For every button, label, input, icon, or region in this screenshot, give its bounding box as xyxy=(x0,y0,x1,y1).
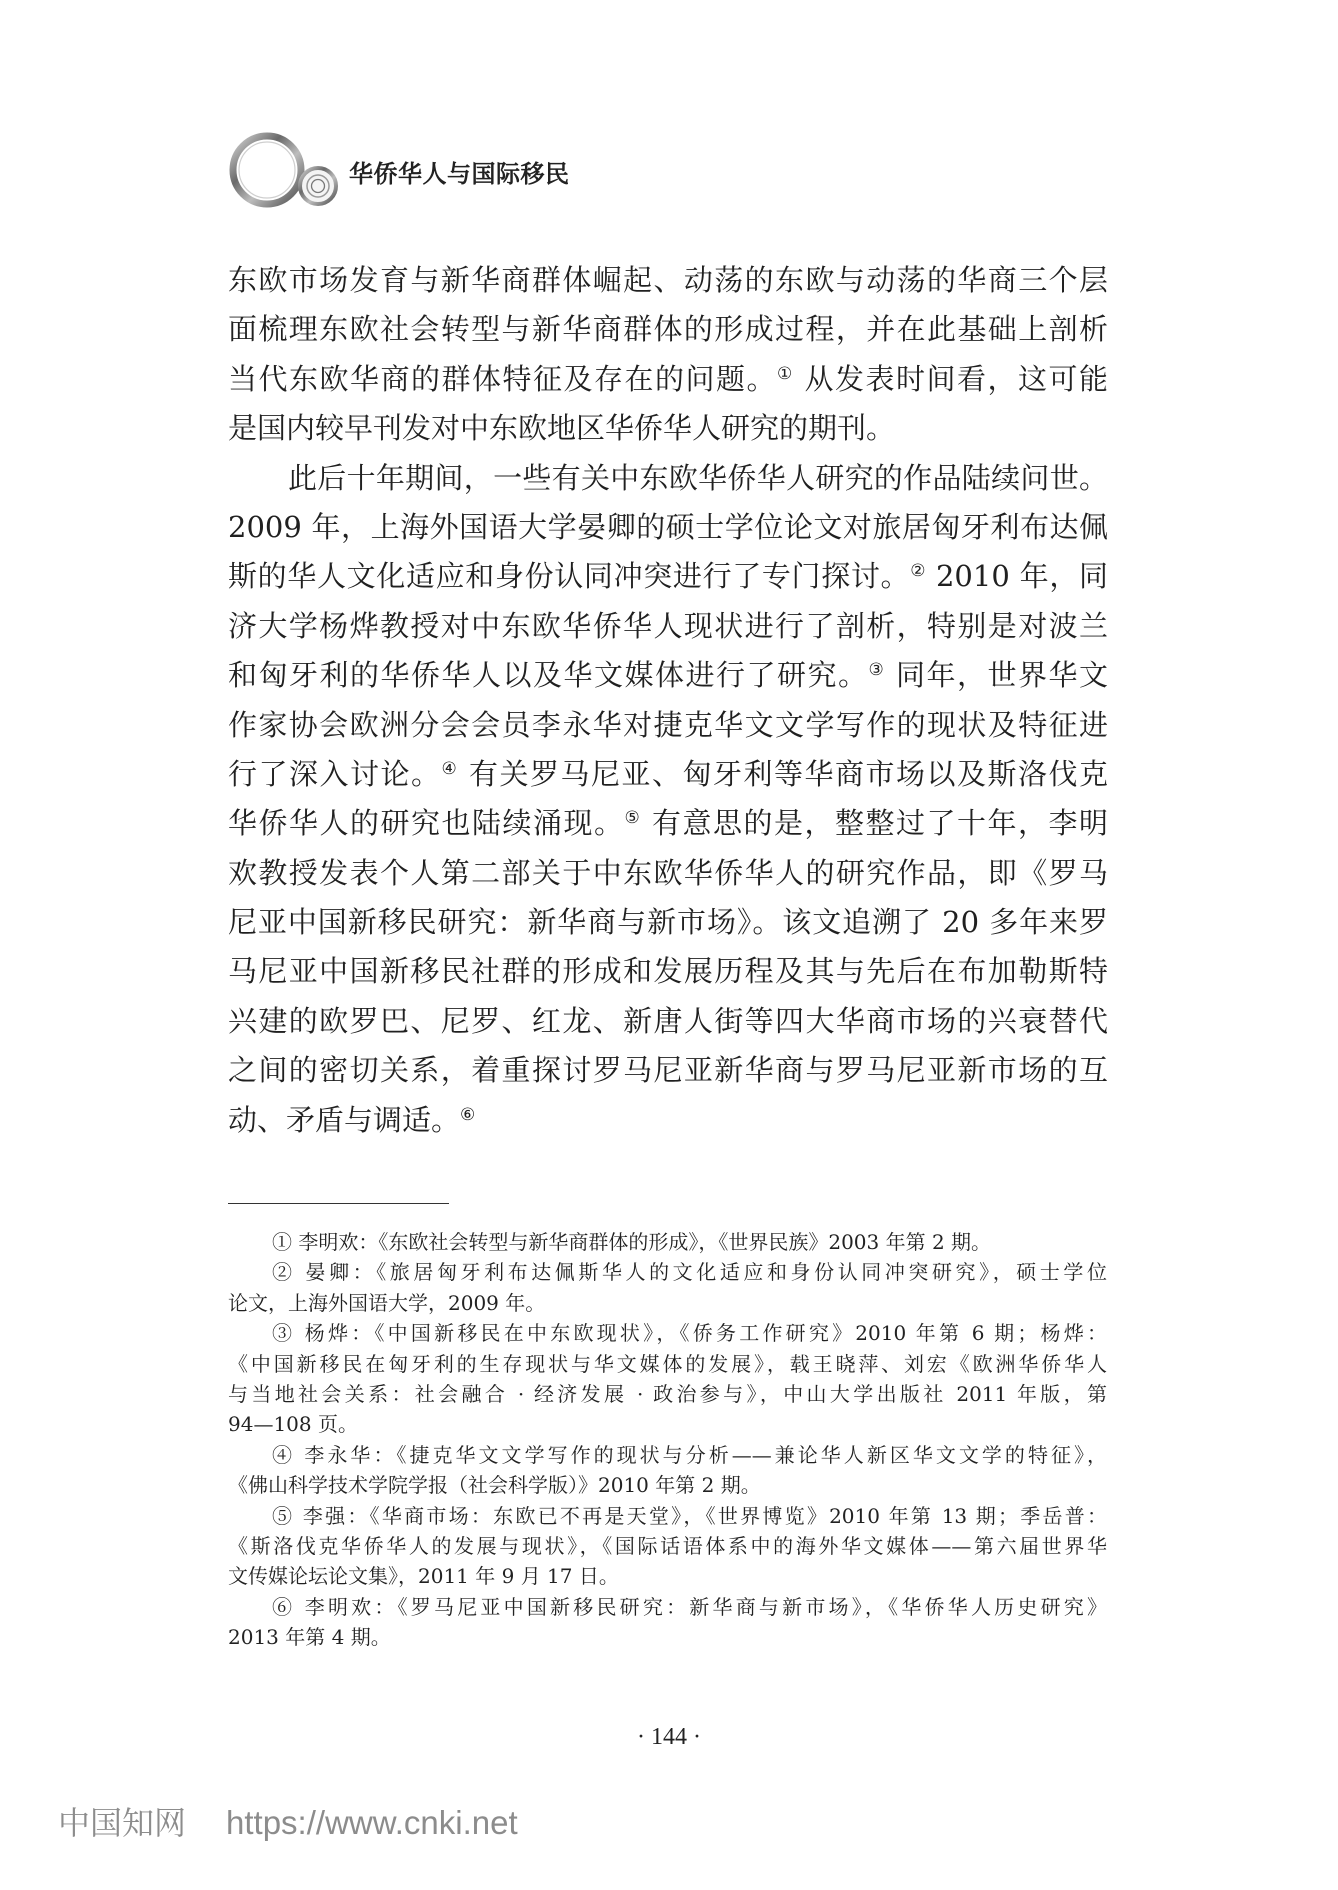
text-line: 当代东欧华商的群体特征及存在的问题。① 从发表时间看，这可能 xyxy=(228,355,1108,404)
text-line: 此后十年期间，一些有关中东欧华侨华人研究的作品陆续问世。 xyxy=(228,454,1108,503)
footnote-ref[interactable]: ④ xyxy=(442,759,459,779)
footnote-line: ④ 李永华：《捷克华文文学写作的现状与分析——兼论华人新区华文文学的特征》， xyxy=(228,1440,1107,1470)
text-line: 动、矛盾与调适。⑥ xyxy=(228,1096,1108,1145)
double-ring-logo-icon xyxy=(226,128,346,218)
footnote-ref[interactable]: ② xyxy=(910,561,926,581)
footnote-line: ③ 杨烨：《中国新移民在中东欧现状》，《侨务工作研究》2010 年第 6 期；杨… xyxy=(228,1318,1107,1348)
footnote-ref[interactable]: ⑥ xyxy=(460,1105,475,1125)
footnotes: ① 李明欢：《东欧社会转型与新华商群体的形成》，《世界民族》2003 年第 2 … xyxy=(228,1227,1107,1652)
text-line: 华侨华人的研究也陆续涌现。⑤ 有意思的是，整整过了十年，李明 xyxy=(228,799,1108,848)
footnote-line: 《斯洛伐克华侨华人的发展与现状》，《国际话语体系中的海外华文媒体——第六届世界华 xyxy=(228,1531,1107,1561)
footnote-ref[interactable]: ① xyxy=(777,364,794,384)
footnote-ref[interactable]: ③ xyxy=(869,660,886,680)
footnote-line: 2013 年第 4 期。 xyxy=(228,1622,1107,1652)
text-line: 欢教授发表个人第二部关于中东欧华侨华人的研究作品，即《罗马 xyxy=(228,849,1108,898)
footnote-line: 《中国新移民在匈牙利的生存现状与华文媒体的发展》，载王晓萍、刘宏《欧洲华侨华人 xyxy=(228,1349,1107,1379)
text-line: 济大学杨烨教授对中东欧华侨华人现状进行了剖析，特别是对波兰 xyxy=(228,602,1108,651)
watermark-url: https://www.cnki.net xyxy=(226,1804,518,1841)
text-line: 马尼亚中国新移民社群的形成和发展历程及其与先后在布加勒斯特 xyxy=(228,947,1108,996)
footnote-line: 与当地社会关系：社会融合 · 经济发展 · 政治参与》，中山大学出版社 2011… xyxy=(228,1379,1107,1409)
watermark-brand: 中国知网 xyxy=(58,1805,186,1841)
footnote-line: ① 李明欢：《东欧社会转型与新华商群体的形成》，《世界民族》2003 年第 2 … xyxy=(228,1227,1107,1257)
text-line: 2009 年，上海外国语大学晏卿的硕士学位论文对旅居匈牙利布达佩 xyxy=(228,503,1108,552)
footnote-line: 94—108 页。 xyxy=(228,1409,1107,1439)
paragraph: 此后十年期间，一些有关中东欧华侨华人研究的作品陆续问世。2009 年，上海外国语… xyxy=(228,454,1108,1145)
footnote-item: ① 李明欢：《东欧社会转型与新华商群体的形成》，《世界民族》2003 年第 2 … xyxy=(228,1227,1107,1257)
text-line: 东欧市场发育与新华商群体崛起、动荡的东欧与动荡的华商三个层 xyxy=(228,256,1108,305)
footnote-separator-rule xyxy=(228,1203,449,1204)
footnote-line: ⑥ 李明欢：《罗马尼亚中国新移民研究：新华商与新市场》，《华侨华人历史研究》 xyxy=(228,1592,1107,1622)
text-line: 兴建的欧罗巴、尼罗、红龙、新唐人街等四大华商市场的兴衰替代 xyxy=(228,997,1108,1046)
text-line: 尼亚中国新移民研究：新华商与新市场》。该文追溯了 20 多年来罗 xyxy=(228,898,1108,947)
text-line: 作家协会欧洲分会会员李永华对捷克华文文学写作的现状及特征进 xyxy=(228,701,1108,750)
footnote-item: ⑥ 李明欢：《罗马尼亚中国新移民研究：新华商与新市场》，《华侨华人历史研究》20… xyxy=(228,1592,1107,1653)
footnote-line: 《佛山科学技术学院学报（社会科学版）》2010 年第 2 期。 xyxy=(228,1470,1107,1500)
footnote-line: ⑤ 李强：《华商市场：东欧已不再是天堂》，《世界博览》2010 年第 13 期；… xyxy=(228,1501,1107,1531)
text-line: 面梳理东欧社会转型与新华商群体的形成过程，并在此基础上剖析 xyxy=(228,305,1108,354)
footnote-item: ⑤ 李强：《华商市场：东欧已不再是天堂》，《世界博览》2010 年第 13 期；… xyxy=(228,1501,1107,1592)
paragraph: 东欧市场发育与新华商群体崛起、动荡的东欧与动荡的华商三个层面梳理东欧社会转型与新… xyxy=(228,256,1108,454)
body-text: 东欧市场发育与新华商群体崛起、动荡的东欧与动荡的华商三个层面梳理东欧社会转型与新… xyxy=(228,256,1108,1145)
text-line: 之间的密切关系，着重探讨罗马尼亚新华商与罗马尼亚新市场的互 xyxy=(228,1046,1108,1095)
footnote-line: 论文，上海外国语大学，2009 年。 xyxy=(228,1288,1107,1318)
footnote-ref[interactable]: ⑤ xyxy=(625,808,642,828)
cnki-watermark: 中国知网https://www.cnki.net xyxy=(58,1798,518,1844)
running-header-title: 华侨华人与国际移民 xyxy=(349,154,570,189)
text-line: 斯的华人文化适应和身份认同冲突进行了专门探讨。② 2010 年，同 xyxy=(228,552,1108,601)
footnote-item: ③ 杨烨：《中国新移民在中东欧现状》，《侨务工作研究》2010 年第 6 期；杨… xyxy=(228,1318,1107,1440)
text-line: 是国内较早刊发对中东欧地区华侨华人研究的期刊。 xyxy=(228,404,1108,453)
page-number: · 144 · xyxy=(0,1724,1338,1751)
footnote-item: ② 晏卿：《旅居匈牙利布达佩斯华人的文化适应和身份认同冲突研究》，硕士学位论文，… xyxy=(228,1257,1107,1318)
text-line: 和匈牙利的华侨华人以及华文媒体进行了研究。③ 同年，世界华文 xyxy=(228,651,1108,700)
footnote-item: ④ 李永华：《捷克华文文学写作的现状与分析——兼论华人新区华文文学的特征》，《佛… xyxy=(228,1440,1107,1501)
footnote-line: ② 晏卿：《旅居匈牙利布达佩斯华人的文化适应和身份认同冲突研究》，硕士学位 xyxy=(228,1257,1107,1287)
text-line: 行了深入讨论。④ 有关罗马尼亚、匈牙利等华商市场以及斯洛伐克 xyxy=(228,750,1108,799)
footnote-line: 文传媒论坛论文集》，2011 年 9 月 17 日。 xyxy=(228,1561,1107,1591)
